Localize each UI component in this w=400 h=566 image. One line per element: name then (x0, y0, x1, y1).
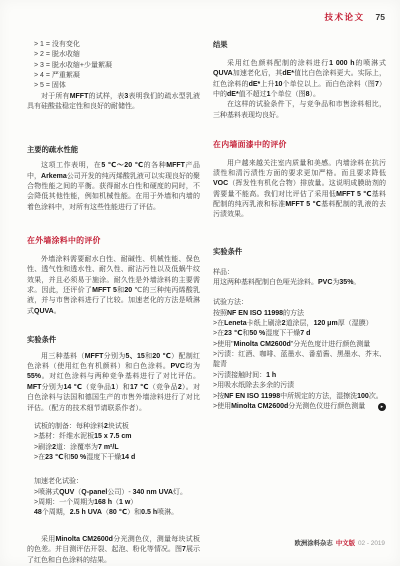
subheading-conditions-left: 实验条件 (27, 335, 200, 346)
subheading-conditions-right: 实验条件 (213, 247, 386, 258)
method-item: >污渍接触时间：1 h (213, 371, 386, 381)
two-column-body: > 1 = 没有变化 > 2 = 脱水收缩 > 3 = 脱水收缩+少量絮凝 > … (27, 40, 386, 566)
rating-item: > 4 = 严重絮凝 (27, 71, 200, 81)
right-column: 结果 采用红色颜料配制的涂料进行1 000 h的喷淋式QUVA加速老化后，其dE… (213, 40, 386, 566)
paragraph-interior: 用户越来越关注室内质量和美感。内墙涂料在抗污渍性和清污渍性方面的要求更加严格。而… (213, 159, 386, 221)
aging-item: >周期：一个周期为168 h（1 w） (34, 498, 200, 508)
method-item: >使用Minolta CM2600d分光测色仪进行颜色测量 (213, 402, 372, 412)
rating-item: > 1 = 没有变化 (27, 40, 200, 50)
method-item: >在23 ℃和50 %湿度下干燥7 d (213, 329, 386, 339)
subheading-hydrophobic: 主要的疏水性能 (27, 145, 200, 156)
section-label: 技术论文 (325, 11, 365, 23)
page-footer: 欧洲涂料杂志 中文版 02 - 2019 (294, 538, 385, 547)
paragraph-sample: 用这两种基料配制白色哑光涂料。PVC为35%。 (213, 278, 386, 288)
method-item: >按NF EN ISO 11998中所规定的方法，湿擦洗100次。 (213, 392, 386, 402)
panel-prep-item: >刷涂2道：涂覆率为7 m²/L (34, 443, 200, 453)
left-column: > 1 = 没有变化 > 2 = 脱水收缩 > 3 = 脱水收缩+少量絮凝 > … (27, 40, 200, 566)
aging-item: >喷淋式QUV（Q-panel公司）- 340 nm UVA灯。 (34, 488, 200, 498)
paragraph-results-2: 在这样的试验条件下，与竞争品和市售涂料相比，三种基料表现均良好。 (213, 100, 386, 121)
journal-page: 技术论文 75 > 1 = 没有变化 > 2 = 脱水收缩 > 3 = 脱水收缩… (0, 0, 400, 566)
journal-name: 欧洲涂料杂志 (294, 538, 332, 547)
method-item: >污渍：红酒、咖啡、蓝墨水、番茄酱、黑墨水、芥末、靛青 (213, 350, 386, 371)
paragraph-conditions: 用三种基料（MFFT分别为5、15和20 ℃）配制红色涂料（使用红色有机颜料）和… (27, 352, 200, 414)
section-heading-exterior: 在外墙涂料中的评价 (27, 235, 200, 247)
method-intro: 按照NF EN ISO 11998的方法 (213, 309, 386, 319)
paragraph-mfft-summary: 对于所有MFFT的试样，表3表明我们的疏水型乳液具有硅酸盐稳定性和良好的耐储性。 (27, 92, 200, 113)
method-label: 试验方法： (213, 298, 386, 308)
aging-item: 48个周期，2.5 h UVA（80 ℃）和0.5 h喷淋。 (34, 508, 200, 518)
panel-prep-list: 试板的制备：每种涂料2块试板 >基材：纤维水泥板15 x 7.5 cm >刷涂2… (27, 422, 200, 463)
rating-item: > 2 = 脱水收缩 (27, 50, 200, 60)
rating-item: > 3 = 脱水收缩+少量絮凝 (27, 61, 200, 71)
method-item: >在Leneta卡纸上刷涂2道涂层，120 μm厚（湿膜） (213, 319, 386, 329)
paragraph-balance: 这项工作表明，在5 ℃～20 ℃的各种MFFT产品中，Arkema公司开发的纯丙… (27, 161, 200, 213)
continued-arrow-icon: ▸ (378, 403, 386, 411)
method-item: >用吸水纸除去多余的污渍 (213, 381, 386, 391)
panel-prep-item: >在23 ℃和50 %湿度下干燥14 d (34, 453, 200, 463)
method-item: >使用"Minolta CM2600d"分光色度计进行颜色测量 (213, 340, 386, 350)
edition-label: 中文版 (336, 538, 355, 547)
rating-item: > 5 = 固体 (27, 81, 200, 91)
page-number: 75 (376, 12, 385, 22)
section-heading-interior: 在内墙面漆中的评价 (213, 139, 386, 151)
paragraph-exterior: 外墙涂料需要耐水白性、耐碱性、机械性能、保色性、透气性和透水性、耐久性、耐沾污性… (27, 255, 200, 317)
panel-prep-item: >基材：纤维水泥板15 x 7.5 cm (34, 432, 200, 442)
panel-prep-title: 试板的制备：每种涂料2块试板 (34, 422, 200, 432)
paragraph-results-1: 采用红色颜料配制的涂料进行1 000 h的喷淋式QUVA加速老化后，其dE*值比… (213, 59, 386, 100)
issue-label: 02 - 2019 (358, 540, 385, 547)
paragraph-colorimeter: 采用Minolta CM2600d分光测色仪，测量每块试板的色差。并目测评估开裂… (27, 535, 200, 566)
sample-label: 样品： (213, 268, 386, 278)
method-last-row: >使用Minolta CM2600d分光测色仪进行颜色测量 ▸ (213, 402, 386, 412)
aging-test-list: 加速老化试验： >喷淋式QUV（Q-panel公司）- 340 nm UVA灯。… (27, 477, 200, 518)
aging-title: 加速老化试验： (34, 477, 200, 487)
page-header: 技术论文 75 (325, 11, 385, 23)
subheading-results: 结果 (213, 40, 386, 51)
